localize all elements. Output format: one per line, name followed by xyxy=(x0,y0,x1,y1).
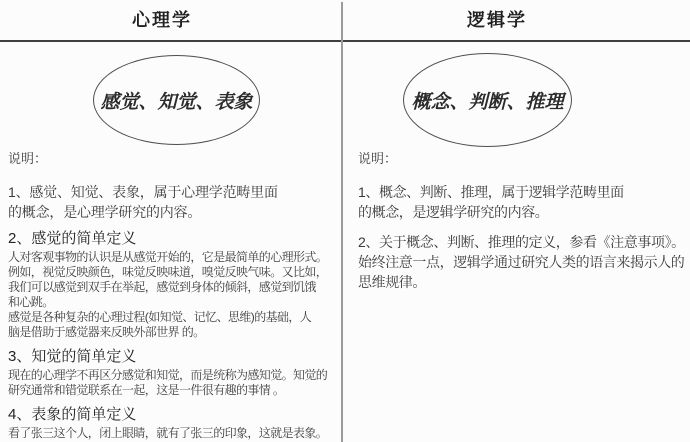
right-item1-line1: 1、概念、判断、推理，属于逻辑学范畴里面 xyxy=(358,182,690,202)
right-notes-label: 说明： xyxy=(358,150,690,168)
comparison-worksheet: 心理学 逻辑学 感觉、知觉、表象 概念、判断、推理 说明： 1、感觉、知觉、表象… xyxy=(0,0,690,442)
left-section3-line2: 研究通常和错觉联系在一起，这是一件很有趣的事情 。 xyxy=(8,383,342,398)
right-item2-line3: 思维规律。 xyxy=(358,272,690,292)
left-section3-line1: 现在的心理学不再区分感觉和知觉，而是统称为感知觉。知觉的 xyxy=(8,368,342,383)
psychology-ellipse-label: 感觉、知觉、表象 xyxy=(100,87,252,114)
left-section2-p1-line4: 和心跳。 xyxy=(8,295,342,310)
right-column-text: 说明： 1、概念、判断、推理，属于逻辑学范畴里面 的概念，是逻辑学研究的内容。 … xyxy=(358,150,690,292)
psychology-concept-ellipse: 感觉、知觉、表象 xyxy=(93,55,260,145)
left-section4-line1: 看了张三这个人，闭上眼睛，就有了张三的印象，这就是表象。 xyxy=(8,426,342,441)
header-rule xyxy=(0,40,690,42)
left-notes-label: 说明： xyxy=(8,150,342,168)
left-section2-p2-line1: 感觉是各种复杂的心理过程(如知觉、记忆、思维)的基础，人 xyxy=(8,310,342,325)
left-item1-line2: 的概念，是心理学研究的内容。 xyxy=(8,202,342,222)
left-section2-p1-line2: 例如，视觉反映颜色，味觉反映味道，嗅觉反映气味。又比如， xyxy=(8,265,342,280)
left-item1-line1: 1、感觉、知觉、表象，属于心理学范畴里面 xyxy=(8,182,342,202)
left-section2-p1-line3: 我们可以感觉到双手在举起，感觉到身体的倾斜，感觉到饥饿 xyxy=(8,280,342,295)
left-section2-heading: 2、感觉的简单定义 xyxy=(8,230,342,247)
left-column-title: 心理学 xyxy=(0,6,324,32)
logic-ellipse-label: 概念、判断、推理 xyxy=(411,87,563,114)
right-item2-line2: 始终注意一点，逻辑学通过研究人类的语言来揭示人的 xyxy=(358,252,690,272)
right-item2-line1: 2、关于概念、判断、推理的定义，参看《注意事项》。 xyxy=(358,232,690,252)
logic-concept-ellipse: 概念、判断、推理 xyxy=(403,53,572,147)
left-section2-p1-line1: 人对客观事物的认识是从感觉开始的，它是最简单的心理形式。 xyxy=(8,250,342,265)
left-column-text: 说明： 1、感觉、知觉、表象，属于心理学范畴里面 的概念，是心理学研究的内容。 … xyxy=(8,150,342,441)
right-column-title: 逻辑学 xyxy=(342,6,652,32)
left-section2-p2-line2: 脑是借助于感觉器来反映外部世界 的。 xyxy=(8,325,342,340)
left-section3-heading: 3、知觉的简单定义 xyxy=(8,348,342,365)
left-section4-heading: 4、表象的简单定义 xyxy=(8,406,342,423)
right-item1-line2: 的概念，是逻辑学研究的内容。 xyxy=(358,202,690,222)
